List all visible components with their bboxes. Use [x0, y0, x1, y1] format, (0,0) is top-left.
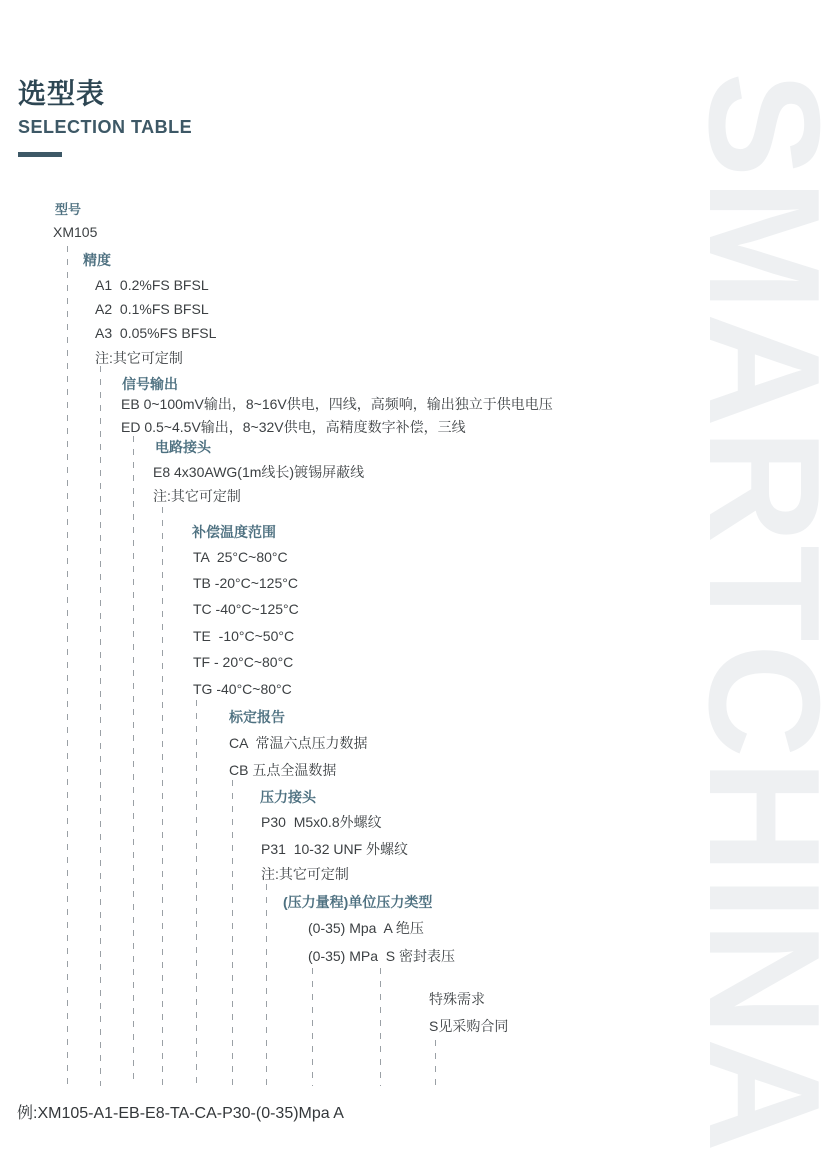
option-row: A3 0.05%FS BFSL: [95, 325, 216, 341]
section-header-special-requirements: 特殊需求: [429, 989, 485, 1009]
option-row: P31 10-32 UNF 外螺纹: [261, 839, 408, 859]
model-label: 型号: [55, 199, 81, 218]
section-header-calibration-report: 标定报告: [229, 707, 285, 727]
note-row: 注:其它可定制: [261, 864, 349, 884]
dashed-connector-line-pressure-range: [312, 968, 313, 1086]
option-row: ED 0.5~4.5V输出，8~32V供电，高精度数字补偿，三线: [121, 417, 466, 437]
dashed-connector-line-temp-range: [196, 700, 197, 1086]
dashed-connector-line-accuracy: [100, 366, 101, 1086]
section-header-temp-range: 补偿温度范围: [192, 522, 276, 542]
option-row: TE -10°C~50°C: [193, 628, 294, 644]
option-row: A2 0.1%FS BFSL: [95, 301, 209, 317]
page-title-cn: 选型表: [18, 72, 105, 112]
option-row: A1 0.2%FS BFSL: [95, 277, 209, 293]
smartchina-watermark: SMARTCHINA: [685, 72, 840, 1154]
option-row: EB 0~100mV输出，8~16V供电，四线，高频响，输出独立于供电电压: [121, 394, 553, 414]
note-row: 注:其它可定制: [95, 348, 183, 368]
dashed-connector-line-circuit-conn: [162, 507, 163, 1086]
dashed-connector-line-pressure-unit: [380, 968, 381, 1086]
title-underline-rule: [18, 152, 62, 157]
dashed-connector-line-model: [67, 246, 68, 1086]
option-row: CA 常温六点压力数据: [229, 733, 367, 753]
option-row: S见采购合同: [429, 1016, 508, 1036]
option-row: TG -40°C~80°C: [193, 681, 292, 697]
option-row: TF - 20°C~80°C: [193, 654, 293, 670]
model-number: XM105: [53, 224, 97, 240]
option-row: (0-35) Mpa A 绝压: [308, 918, 424, 938]
section-header-pressure-connector: 压力接头: [260, 787, 316, 807]
dashed-connector-line-special: [435, 1040, 436, 1086]
page-title-en: SELECTION TABLE: [18, 117, 192, 138]
option-row: P30 M5x0.8外螺纹: [261, 812, 382, 832]
option-row: CB 五点全温数据: [229, 760, 336, 780]
dashed-connector-line-calibration: [232, 780, 233, 1086]
option-row: E8 4x30AWG(1m线长)镀锡屏蔽线: [153, 462, 364, 482]
example-order-code: 例:XM105-A1-EB-E8-TA-CA-P30-(0-35)Mpa A: [17, 1100, 344, 1123]
option-row: TA 25°C~80°C: [193, 549, 288, 565]
option-row: (0-35) MPa S 密封表压: [308, 946, 455, 966]
section-header-accuracy: 精度: [83, 250, 111, 270]
section-header-pressure-range-type: (压力量程)单位压力类型: [283, 892, 432, 912]
dashed-connector-line-signal-output: [133, 436, 134, 1086]
option-row: TB -20°C~125°C: [193, 575, 298, 591]
section-header-signal-output: 信号输出: [122, 374, 178, 394]
section-header-circuit-connector: 电路接头: [155, 437, 211, 457]
dashed-connector-line-pressure-conn: [266, 884, 267, 1086]
option-row: TC -40°C~125°C: [193, 601, 299, 617]
note-row: 注:其它可定制: [153, 486, 241, 506]
